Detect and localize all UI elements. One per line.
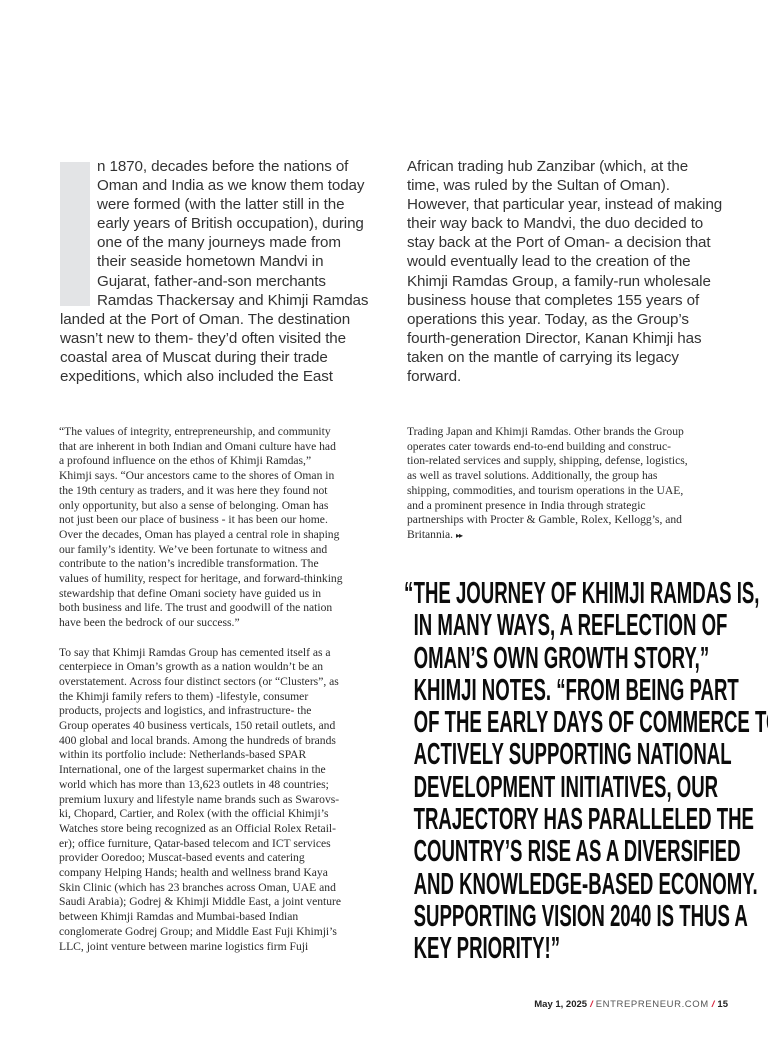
body-line: conglomerate Godrej Group; and Middle Ea… [59, 925, 379, 940]
paragraph-spacer [59, 631, 379, 646]
slash-separator-icon: / [590, 999, 593, 1010]
page-footer: May 1, 2025/ENTREPRENEUR.COM/15 [534, 999, 728, 1010]
body-line: Trading Japan and Khimji Ramdas. Other b… [407, 425, 729, 440]
body-line: the 19th century as traders, and it was … [59, 484, 379, 499]
body-line: values of humility, respect for heritage… [59, 572, 379, 587]
pull-quote-line: COUNTRY’S RISE AS A DIVERSIFIED [404, 835, 602, 867]
body-line: Skin Clinic (which has 23 branches acros… [59, 881, 379, 896]
slash-separator-icon: / [712, 999, 715, 1010]
body-text: Britannia. [407, 528, 453, 541]
intro-line: stay back at the Port of Oman- a decisio… [407, 233, 727, 252]
body-line: between Khimji Ramdas and Mumbai-based I… [59, 910, 379, 925]
body-line: International, one of the largest superm… [59, 763, 379, 778]
intro-line: early years of British occupation), duri… [60, 214, 380, 233]
body-line: “The values of integrity, entrepreneursh… [59, 425, 379, 440]
pull-quote-line: TRAJECTORY HAS PARALLELED THE [404, 803, 602, 835]
intro-line: Oman and India as we know them today [60, 176, 380, 195]
intro-line: African trading hub Zanzibar (which, at … [407, 157, 727, 176]
body-line: stewardship that define Omani society ha… [59, 587, 379, 602]
body-line: Saudi Arabia); Godrej & Khimji Middle Ea… [59, 895, 379, 910]
site-url: ENTREPRENEUR.COM [596, 999, 709, 1010]
body-line: that are inherent in both Indian and Oma… [59, 440, 379, 455]
intro-column-left: n 1870, decades before the nations of Om… [60, 157, 380, 386]
body-paragraph-portfolio: To say that Khimji Ramdas Group has ceme… [59, 646, 379, 955]
body-line: shipping, commodities, and tourism opera… [407, 484, 729, 499]
body-line: a profound influence on the ethos of Khi… [59, 454, 379, 469]
intro-line: were formed (with the latter still in th… [60, 195, 380, 214]
pull-quote-line: KHIMJI NOTES. “FROM BEING PART [404, 674, 602, 706]
body-line: premium luxury and lifestyle name brands… [59, 793, 379, 808]
pull-quote: “THE JOURNEY OF KHIMJI RAMDAS IS, IN MAN… [404, 577, 602, 965]
intro-line: their seaside hometown Mandvi in [60, 252, 380, 271]
body-line: Group operates 40 business verticals, 15… [59, 719, 379, 734]
pull-quote-line: AND KNOWLEDGE-BASED ECONOMY. [404, 868, 602, 900]
body-line: 400 global and local brands. Among the h… [59, 734, 379, 749]
body-line: products, projects and logistics, and in… [59, 704, 379, 719]
intro-line: landed at the Port of Oman. The destinat… [60, 310, 380, 329]
intro-line: taken on the mantle of carrying its lega… [407, 348, 727, 367]
intro-line: their way back to Mandvi, the duo decide… [407, 214, 727, 233]
body-line: both business and life. The trust and go… [59, 601, 379, 616]
intro-line: business house that completes 155 years … [407, 291, 727, 310]
intro-line: time, was ruled by the Sultan of Oman). [407, 176, 727, 195]
body-line: our family’s identity. We’ve been fortun… [59, 543, 379, 558]
body-line: only opportunity, but also a sense of be… [59, 499, 379, 514]
intro-line: n 1870, decades before the nations of [60, 157, 380, 176]
body-line: operates cater towards end-to-end buildi… [407, 440, 729, 455]
body-line: overstatement. Across four distinct sect… [59, 675, 379, 690]
issue-date: May 1, 2025 [534, 999, 587, 1010]
page-number: 15 [717, 999, 728, 1010]
body-line: the Khimji family refers to them) -lifes… [59, 690, 379, 705]
body-line: LLC, joint venture between marine logist… [59, 940, 379, 955]
open-quote-mark: “ [404, 577, 414, 609]
pull-quote-text: THE JOURNEY OF KHIMJI RAMDAS IS, [414, 575, 760, 610]
body-line: To say that Khimji Ramdas Group has ceme… [59, 646, 379, 661]
pull-quote-line: “THE JOURNEY OF KHIMJI RAMDAS IS, [404, 577, 602, 609]
body-line: er); office furniture, Qatar-based telec… [59, 837, 379, 852]
end-of-article-icon: ▸▸ [456, 531, 462, 540]
body-line: Watches store being recognized as an Off… [59, 822, 379, 837]
pull-quote-line: IN MANY WAYS, A REFLECTION OF [404, 609, 602, 641]
intro-line: coastal area of Muscat during their trad… [60, 348, 380, 367]
intro-line: fourth-generation Director, Kanan Khimji… [407, 329, 727, 348]
body-line-last: Britannia. ▸▸ [407, 528, 729, 544]
body-line: ki, Chopard, Cartier, and Rolex (with th… [59, 807, 379, 822]
body-line: have been the bedrock of our success.” [59, 616, 379, 631]
body-line: world which has more than 13,623 outlets… [59, 778, 379, 793]
body-paragraph-quote: “The values of integrity, entrepreneursh… [59, 425, 379, 631]
pull-quote-line: OF THE EARLY DAYS OF COMMERCE TO [404, 706, 602, 738]
intro-line: Khimji Ramdas Group, a family-run wholes… [407, 272, 727, 291]
intro-line: Gujarat, father-and-son merchants [60, 272, 380, 291]
body-column-right: Trading Japan and Khimji Ramdas. Other b… [407, 425, 729, 544]
body-line: as well as travel solutions. Additionall… [407, 469, 729, 484]
body-line: within its portfolio include: Netherland… [59, 748, 379, 763]
intro-line: operations this year. Today, as the Grou… [407, 310, 727, 329]
intro-line: Ramdas Thackersay and Khimji Ramdas [60, 291, 380, 310]
body-line: provider Ooredoo; Muscat-based events an… [59, 851, 379, 866]
magazine-page: n 1870, decades before the nations of Om… [0, 0, 768, 1039]
body-line: Khimji says. “Our ancestors came to the … [59, 469, 379, 484]
pull-quote-line: DEVELOPMENT INITIATIVES, OUR [404, 771, 602, 803]
body-line: not just been our place of business - it… [59, 513, 379, 528]
intro-line: expeditions, which also included the Eas… [60, 367, 380, 386]
intro-line: wasn’t new to them- they’d often visited… [60, 329, 380, 348]
body-line: Over the decades, Oman has played a cent… [59, 528, 379, 543]
body-line: tion-related services and supply, shippi… [407, 454, 729, 469]
body-line: company Helping Hands; health and wellne… [59, 866, 379, 881]
body-line: and a prominent presence in India throug… [407, 499, 729, 514]
intro-column-right: African trading hub Zanzibar (which, at … [407, 157, 727, 386]
pull-quote-line: KEY PRIORITY!” [404, 932, 602, 964]
body-line: centerpiece in Oman’s growth as a nation… [59, 660, 379, 675]
intro-line: would eventually lead to the creation of… [407, 252, 727, 271]
intro-line: forward. [407, 367, 727, 386]
pull-quote-line: SUPPORTING VISION 2040 IS THUS A [404, 900, 602, 932]
body-column-left: “The values of integrity, entrepreneursh… [59, 425, 379, 954]
body-line: partnerships with Procter & Gamble, Role… [407, 513, 729, 528]
intro-line: However, that particular year, instead o… [407, 195, 727, 214]
pull-quote-line: OMAN’S OWN GROWTH STORY,” [404, 642, 602, 674]
intro-line: one of the many journeys made from [60, 233, 380, 252]
body-line: contribute to the nation’s incredible tr… [59, 557, 379, 572]
pull-quote-line: ACTIVELY SUPPORTING NATIONAL [404, 738, 602, 770]
